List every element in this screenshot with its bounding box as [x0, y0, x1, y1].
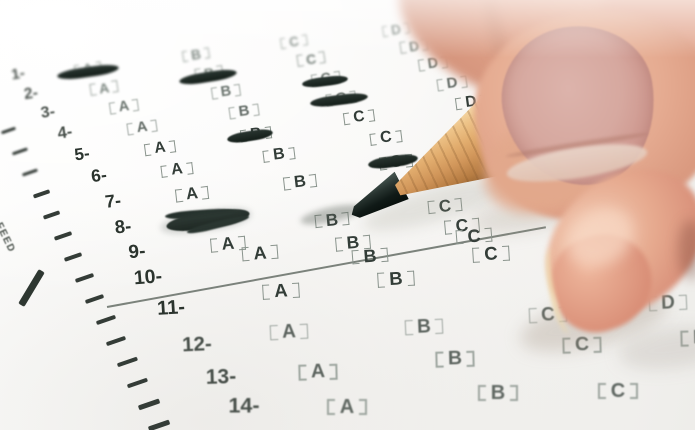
depth-of-field-blur-veil	[0, 0, 695, 58]
photo-answer-sheet-scene: FEED 1-ABCD2-ABCD3-ABCD4-ABCD5-ABCD6-ABC…	[0, 0, 695, 430]
